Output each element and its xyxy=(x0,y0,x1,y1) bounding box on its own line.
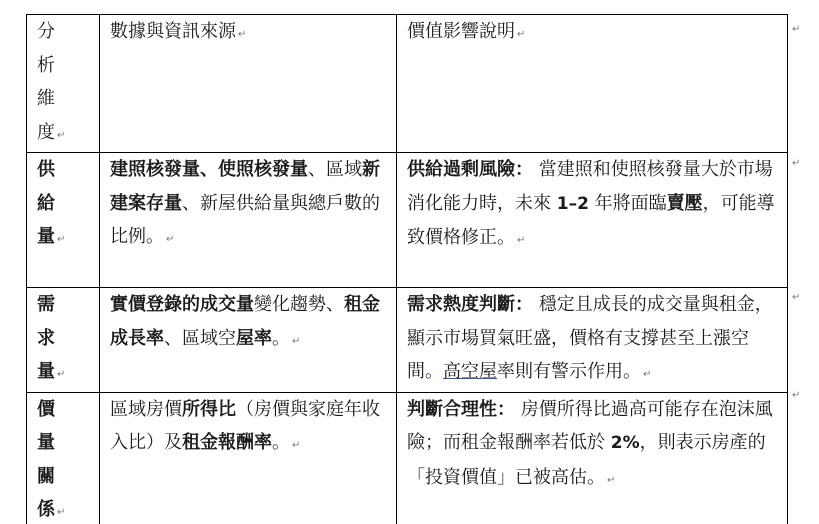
header-sources-cell[interactable]: 數據與資訊來源↵ xyxy=(100,15,397,153)
dimension-label: 價量關係↵ xyxy=(37,393,61,524)
header-sources-label: 數據與資訊來源 xyxy=(110,21,236,42)
text-run: 供給過剩風險： xyxy=(407,159,533,180)
header-impact-cell[interactable]: 價值影響說明↵ xyxy=(397,15,788,153)
header-dimension-cell[interactable]: 分析維度↵ xyxy=(27,15,100,153)
table-row: 需求量↵ 實價登錄的成交量變化趨勢、租金成長率、區域空屋率。↵ 需求熱度判斷： … xyxy=(27,288,788,393)
analysis-table: 分析維度↵ 數據與資訊來源↵ 價值影響說明↵ 供給量↵ 建照核發量、使照核發量、… xyxy=(26,14,788,524)
paragraph-mark-icon: ↵ xyxy=(238,29,246,40)
text-run: 區域房價 xyxy=(110,399,182,420)
paragraph-mark-icon: ↵ xyxy=(166,234,174,245)
text-run: 率則有警示作用。 xyxy=(497,361,641,382)
header-dimension-label: 分析維度↵ xyxy=(37,15,61,152)
text-run: 判斷合理性： xyxy=(407,399,515,420)
text-run: 2% xyxy=(611,433,640,453)
dimension-label: 需求量↵ xyxy=(37,288,61,392)
text-run: 租金報酬率 xyxy=(182,432,272,453)
text-run: 高空屋 xyxy=(443,361,497,382)
text-run: 賣壓 xyxy=(667,193,703,214)
text-run: 變化趨勢、 xyxy=(254,294,344,315)
paragraph-mark-icon: ↵ xyxy=(57,234,65,245)
text-run: 建照核發量、使照核發量 xyxy=(110,159,308,180)
row-end-mark-icon: ↵ xyxy=(792,24,800,35)
text-run: 屋率 xyxy=(236,328,272,349)
text-run: 、區域空 xyxy=(164,328,236,349)
text-run: 。 xyxy=(272,328,290,349)
paragraph-mark-icon: ↵ xyxy=(57,130,65,141)
text-run: 年將面臨 xyxy=(589,193,667,214)
paragraph-mark-icon: ↵ xyxy=(292,440,300,451)
dimension-cell[interactable]: 供給量↵ xyxy=(27,153,100,288)
paragraph-mark-icon: ↵ xyxy=(607,475,615,486)
sources-cell[interactable]: 實價登錄的成交量變化趨勢、租金成長率、區域空屋率。↵ xyxy=(100,288,397,393)
header-impact-label: 價值影響說明 xyxy=(407,21,515,42)
sources-cell[interactable]: 建照核發量、使照核發量、區域新建案存量、新屋供給量與總戶數的比例。↵ xyxy=(100,153,397,288)
impact-cell[interactable]: 判斷合理性： 房價所得比過高可能存在泡沫風險；而租金報酬率若低於 2%，則表示房… xyxy=(397,392,788,524)
row-end-mark-icon: ↵ xyxy=(792,158,800,169)
dimension-cell[interactable]: 價量關係↵ xyxy=(27,392,100,524)
row-end-mark-icon: ↵ xyxy=(792,292,800,303)
text-run: 需求熱度判斷： xyxy=(407,294,533,315)
paragraph-mark-icon: ↵ xyxy=(517,235,525,246)
paragraph-mark-icon: ↵ xyxy=(57,507,65,518)
paragraph-mark-icon: ↵ xyxy=(57,369,65,380)
text-run: 。 xyxy=(272,432,290,453)
paragraph-mark-icon: ↵ xyxy=(292,336,300,347)
text-run: 實價登錄的成交量 xyxy=(110,294,254,315)
text-run: 1–2 xyxy=(557,194,589,214)
paragraph-mark-icon: ↵ xyxy=(643,369,651,380)
sources-cell[interactable]: 區域房價所得比（房價與家庭年收入比）及租金報酬率。↵ xyxy=(100,392,397,524)
impact-cell[interactable]: 需求熱度判斷： 穩定且成長的成交量與租金，顯示市場買氣旺盛，價格有支撐甚至上漲空… xyxy=(397,288,788,393)
text-run: 、區域 xyxy=(308,159,362,180)
paragraph-mark-icon: ↵ xyxy=(517,29,525,40)
table-row: 價量關係↵ 區域房價所得比（房價與家庭年收入比）及租金報酬率。↵ 判斷合理性： … xyxy=(27,392,788,524)
text-run: 所得比 xyxy=(182,399,236,420)
impact-cell[interactable]: 供給過剩風險： 當建照和使照核發量大於市場消化能力時，未來 1–2 年將面臨賣壓… xyxy=(397,153,788,288)
table-row: 供給量↵ 建照核發量、使照核發量、區域新建案存量、新屋供給量與總戶數的比例。↵ … xyxy=(27,153,788,288)
dimension-label: 供給量↵ xyxy=(37,153,61,257)
dimension-cell[interactable]: 需求量↵ xyxy=(27,288,100,393)
table-header-row: 分析維度↵ 數據與資訊來源↵ 價值影響說明↵ xyxy=(27,15,788,153)
row-end-mark-icon: ↵ xyxy=(792,390,800,401)
